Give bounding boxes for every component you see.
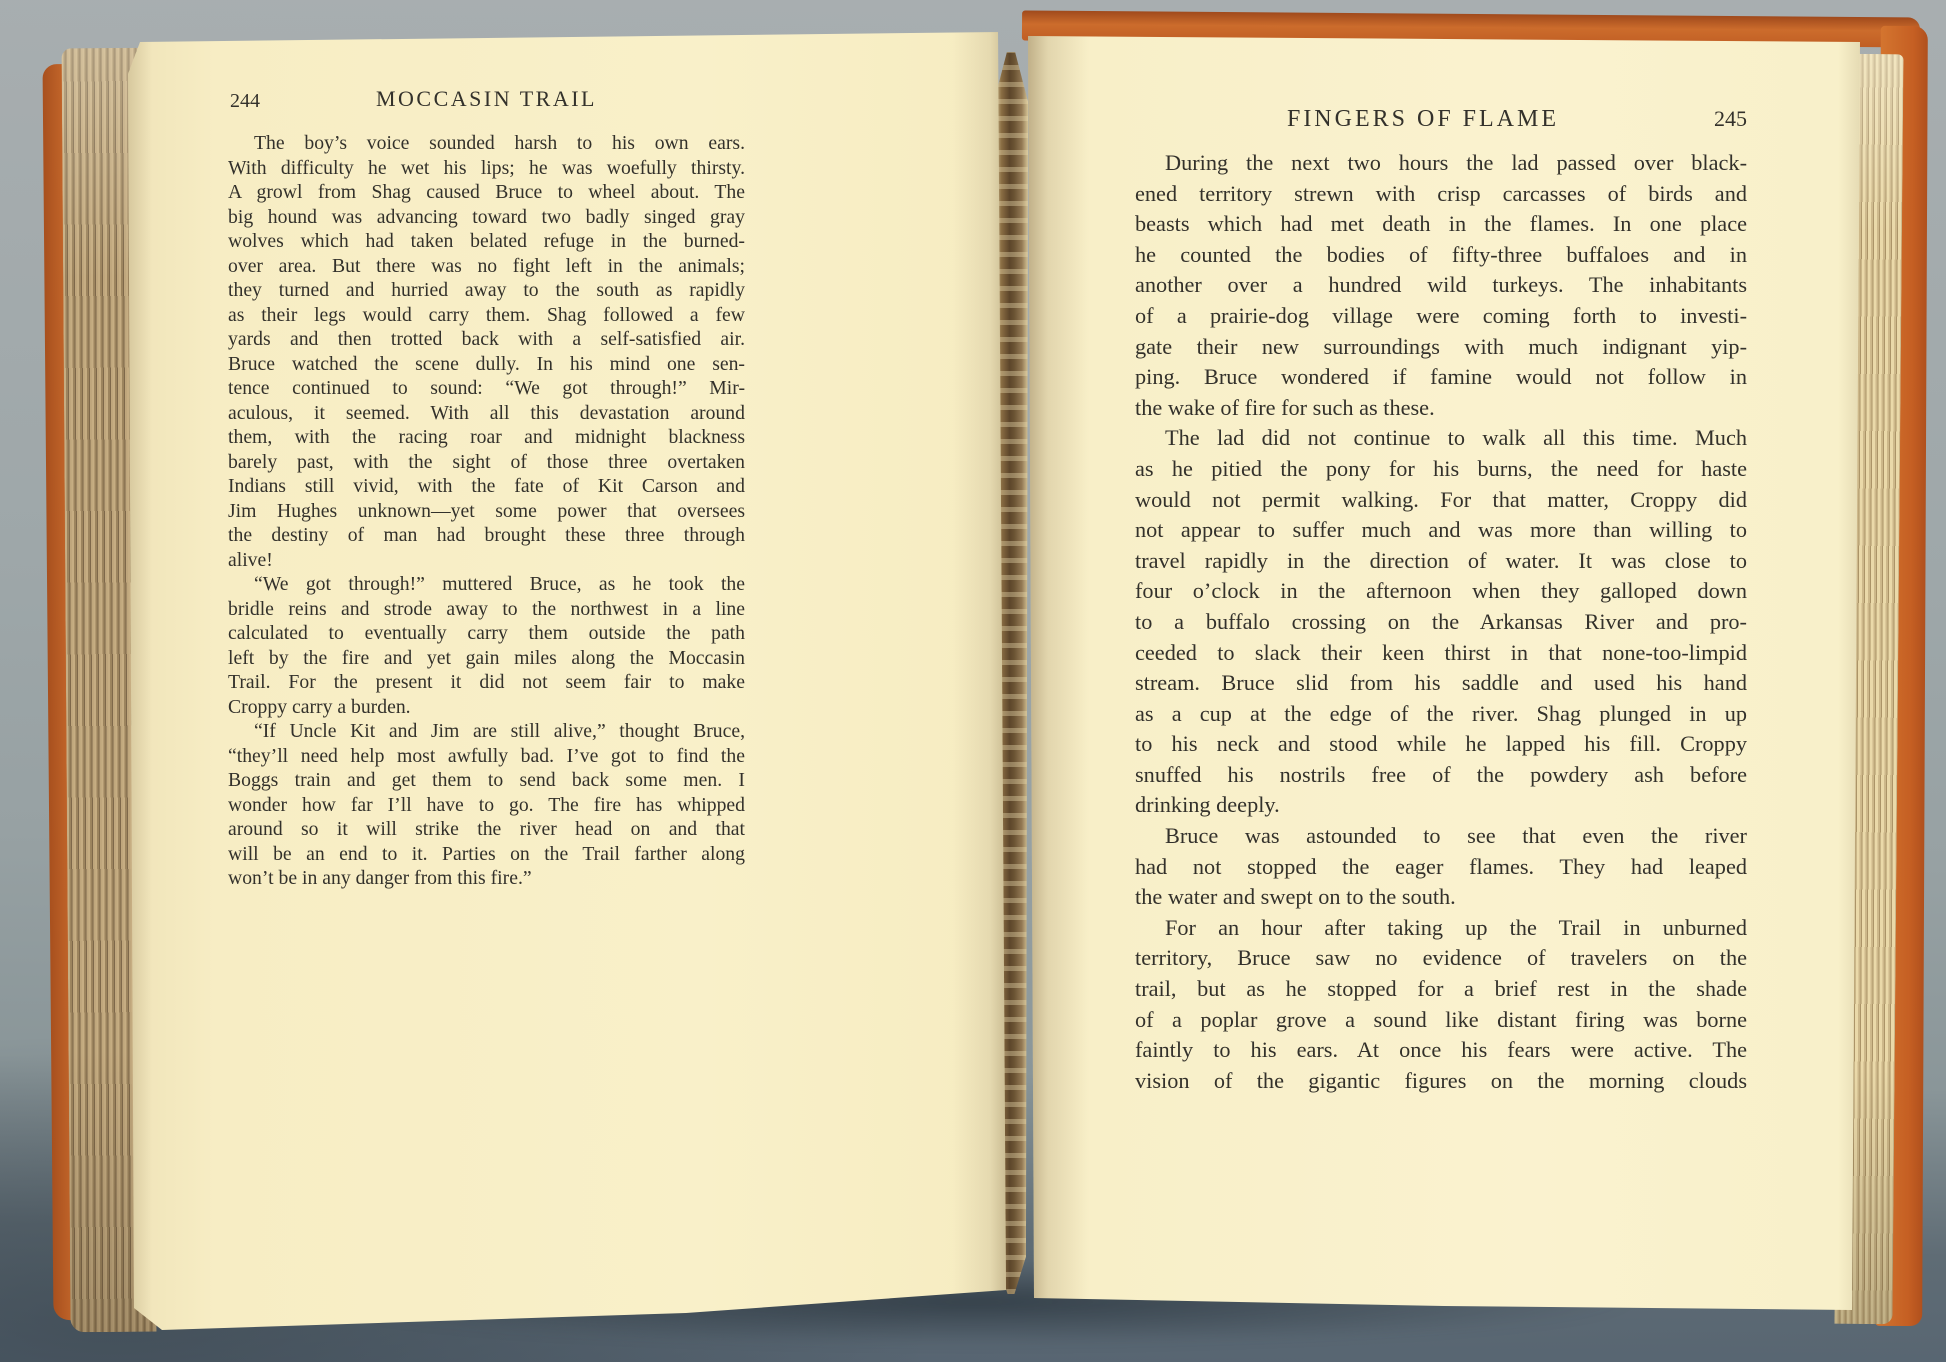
- text-line: calculated to eventually carry them outs…: [228, 621, 745, 646]
- text-line: wolves which had taken belated refuge in…: [228, 229, 745, 254]
- text-line: With difficulty he wet his lips; he was …: [228, 156, 745, 181]
- text-line: had not stopped the eager flames. They h…: [1135, 852, 1747, 883]
- text-line: aculous, it seemed. With all this devast…: [228, 401, 745, 426]
- paragraph: “If Uncle Kit and Jim are still alive,” …: [228, 719, 745, 891]
- right-page-body: During the next two hours the lad passed…: [1135, 148, 1747, 1096]
- text-line: snuffed his nostrils free of the powdery…: [1135, 760, 1747, 791]
- text-line: another over a hundred wild turkeys. The…: [1135, 270, 1747, 301]
- text-line: as their legs would carry them. Shag fol…: [228, 303, 745, 328]
- text-line: to his neck and stood while he lapped hi…: [1135, 729, 1747, 760]
- text-line: as he pitied the pony for his burns, the…: [1135, 454, 1747, 485]
- paragraph: During the next two hours the lad passed…: [1135, 148, 1747, 423]
- left-running-head: MOCCASIN TRAIL: [228, 86, 745, 112]
- text-line: beasts which had met death in the flames…: [1135, 209, 1747, 240]
- text-line: Croppy carry a burden.: [228, 695, 745, 720]
- text-line: During the next two hours the lad passed…: [1135, 148, 1747, 179]
- text-line: will be an end to it. Parties on the Tra…: [228, 842, 745, 867]
- text-line: big hound was advancing toward two badly…: [228, 205, 745, 230]
- text-line: For an hour after taking up the Trail in…: [1135, 913, 1747, 944]
- text-line: tence continued to sound: “We got throug…: [228, 376, 745, 401]
- left-page-body: The boy’s voice sounded harsh to his own…: [228, 131, 745, 891]
- text-line: barely past, with the sight of those thr…: [228, 450, 745, 475]
- text-line: alive!: [228, 548, 745, 573]
- paragraph: Bruce was astounded to see that even the…: [1135, 821, 1747, 913]
- text-line: he counted the bodies of fifty-three buf…: [1135, 240, 1747, 271]
- text-line: they turned and hurried away to the sout…: [228, 278, 745, 303]
- text-line: Bruce was astounded to see that even the…: [1135, 821, 1747, 852]
- text-line: A growl from Shag caused Bruce to wheel …: [228, 180, 745, 205]
- text-line: over area. But there was no fight left i…: [228, 254, 745, 279]
- paragraph: The lad did not continue to walk all thi…: [1135, 423, 1747, 821]
- text-line: “If Uncle Kit and Jim are still alive,” …: [228, 719, 745, 744]
- text-line: trail, but as he stopped for a brief res…: [1135, 974, 1747, 1005]
- paragraph: The boy’s voice sounded harsh to his own…: [228, 131, 745, 572]
- text-line: bridle reins and strode away to the nort…: [228, 597, 745, 622]
- text-line: Trail. For the present it did not seem f…: [228, 670, 745, 695]
- text-line: them, with the racing roar and midnight …: [228, 425, 745, 450]
- paragraph: “We got through!” muttered Bruce, as he …: [228, 572, 745, 719]
- text-line: faintly to his ears. At once his fears w…: [1135, 1035, 1747, 1066]
- text-line: ened territory strewn with crisp carcass…: [1135, 179, 1747, 210]
- text-line: won’t be in any danger from this fire.”: [228, 866, 745, 891]
- text-line: The lad did not continue to walk all thi…: [1135, 423, 1747, 454]
- text-line: four o’clock in the afternoon when they …: [1135, 576, 1747, 607]
- text-line: yards and then trotted back with a self-…: [228, 327, 745, 352]
- text-line: as a cup at the edge of the river. Shag …: [1135, 699, 1747, 730]
- text-line: to a buffalo crossing on the Arkansas Ri…: [1135, 607, 1747, 638]
- text-line: Bruce watched the scene dully. In his mi…: [228, 352, 745, 377]
- text-line: territory, Bruce saw no evidence of trav…: [1135, 943, 1747, 974]
- text-line: ping. Bruce wondered if famine would not…: [1135, 362, 1747, 393]
- text-line: around so it will strike the river head …: [228, 817, 745, 842]
- text-line: The boy’s voice sounded harsh to his own…: [228, 131, 745, 156]
- text-line: Boggs train and get them to send back so…: [228, 768, 745, 793]
- text-line: wonder how far I’ll have to go. The fire…: [228, 793, 745, 818]
- text-line: the wake of fire for such as these.: [1135, 393, 1747, 424]
- text-line: not appear to suffer much and was more t…: [1135, 515, 1747, 546]
- paragraph: For an hour after taking up the Trail in…: [1135, 913, 1747, 1097]
- text-line: the destiny of man had brought these thr…: [228, 523, 745, 548]
- text-line: “they’ll need help most awfully bad. I’v…: [228, 744, 745, 769]
- right-running-head: FINGERS OF FLAME: [1117, 106, 1729, 133]
- text-line: “We got through!” muttered Bruce, as he …: [228, 572, 745, 597]
- text-line: the water and swept on to the south.: [1135, 882, 1747, 913]
- text-line: gate their new surroundings with much in…: [1135, 332, 1747, 363]
- text-line: left by the fire and yet gain miles alon…: [228, 646, 745, 671]
- text-line: Jim Hughes unknown—yet some power that o…: [228, 499, 745, 524]
- text-line: drinking deeply.: [1135, 790, 1747, 821]
- text-line: of a poplar grove a sound like distant f…: [1135, 1005, 1747, 1036]
- text-line: ceeded to slack their keen thirst in tha…: [1135, 638, 1747, 669]
- text-line: would not permit walking. For that matte…: [1135, 485, 1747, 516]
- text-line: Indians still vivid, with the fate of Ki…: [228, 474, 745, 499]
- text-line: travel rapidly in the direction of water…: [1135, 546, 1747, 577]
- text-line: of a prairie-dog village were coming for…: [1135, 301, 1747, 332]
- text-line: stream. Bruce slid from his saddle and u…: [1135, 668, 1747, 699]
- book-photo: 244 MOCCASIN TRAIL The boy’s voice sound…: [0, 0, 1946, 1362]
- text-line: vision of the gigantic figures on the mo…: [1135, 1066, 1747, 1097]
